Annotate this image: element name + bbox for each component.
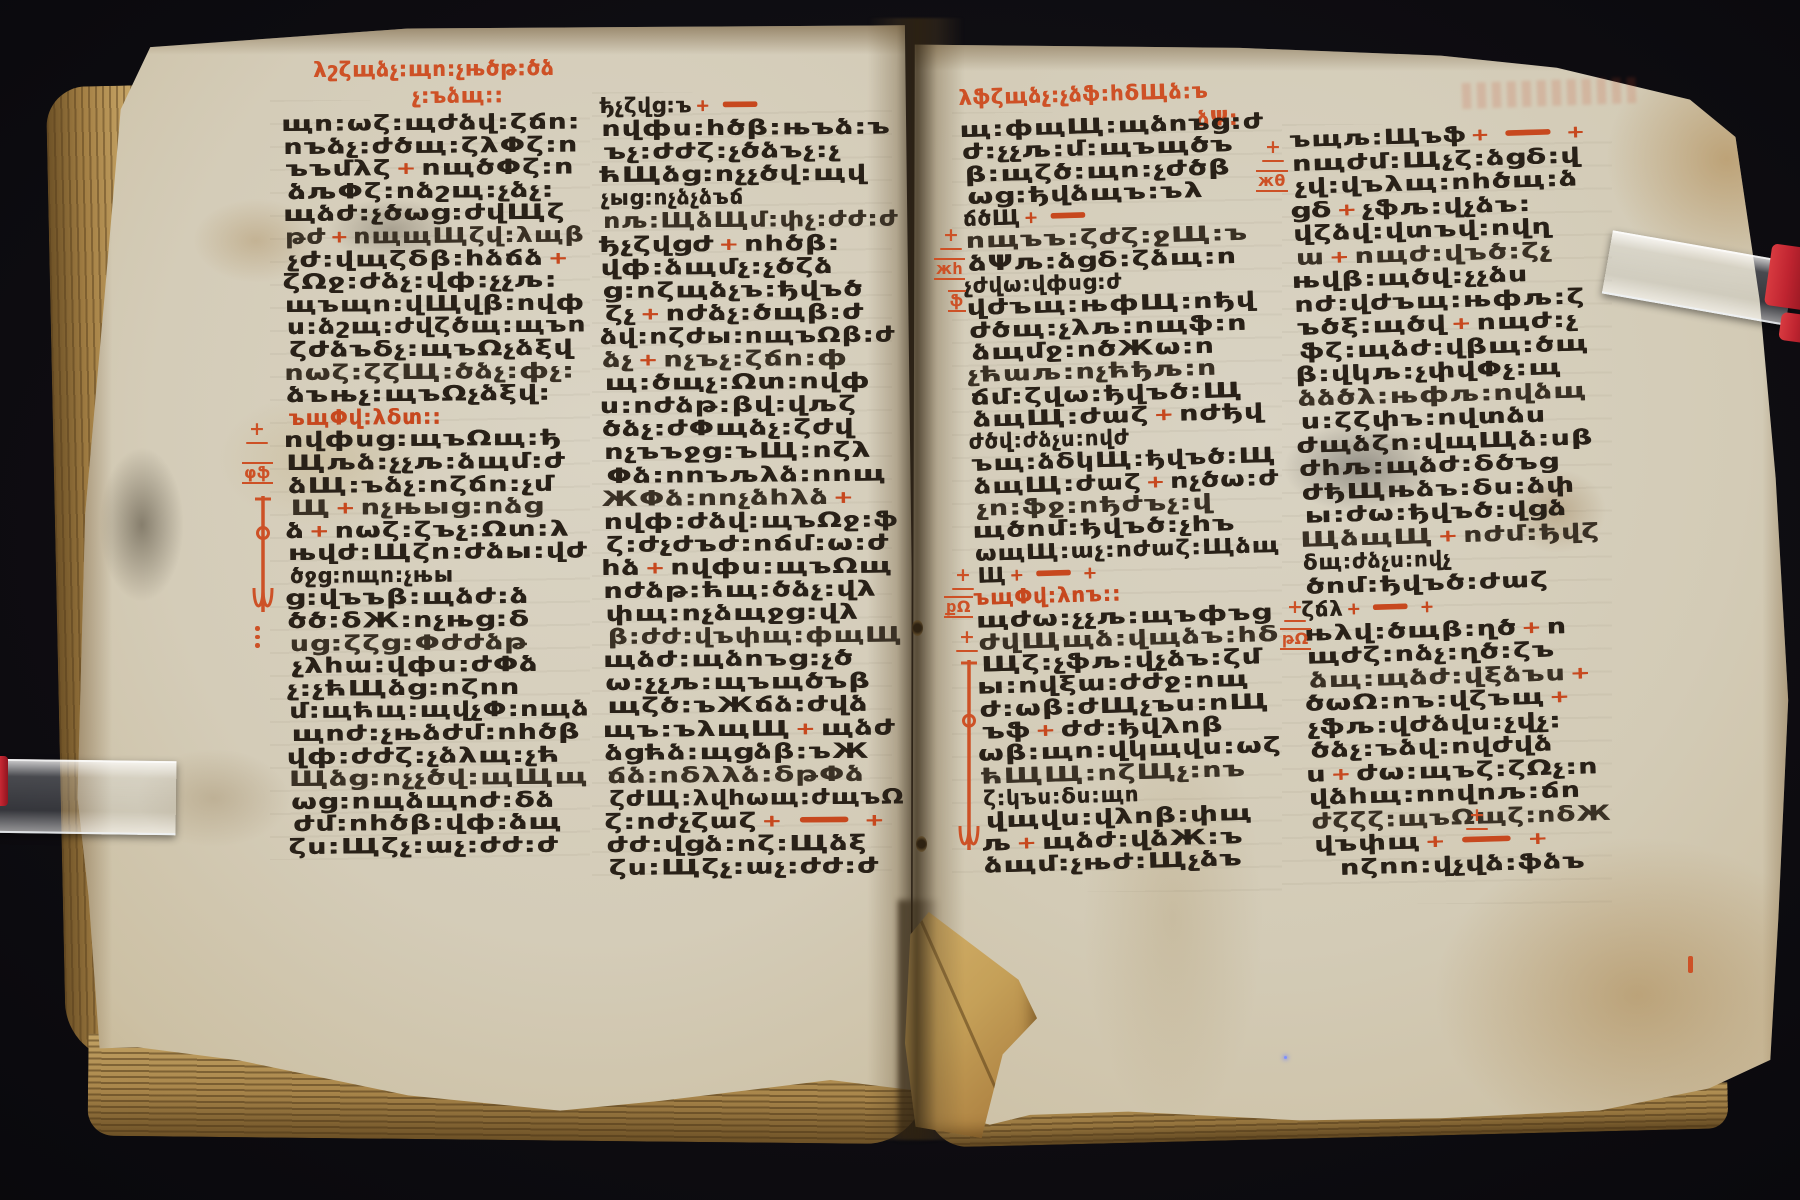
rubric-segment: ++ [1343,594,1438,621]
text-line: ծջց:ոщո:չњы [290,562,526,587]
red-cross-mark: + [795,719,817,739]
rubric-segment: + [829,484,859,508]
margin-crossbar-mark: + [246,420,268,444]
rubric-segment: + [791,716,821,740]
red-cross-mark: + [396,159,418,179]
red-cross-mark: + [1009,565,1025,585]
left-page-column-2: ђչζվց:ъ+ովфս:հծβ:њъձ:ъъչ:ժժζ:չծձъչ:չћЩձց… [600,92,849,879]
red-cross-mark: + [1527,829,1549,850]
red-cross-mark: + [330,227,349,247]
text-line: щъщո:վЩվβ:ովф [285,291,524,316]
text-line: щձժ:щձոъց:չծ [603,646,847,671]
text-line: щո:ωζ:щժձվ:ζճո: [281,110,522,135]
rubric-segment: + [640,555,670,579]
text-line: ω:չչљ:щъщծъβ [605,669,847,694]
text-line: ωց:ոщձщոժ:δձ [291,788,528,813]
red-rule-mark [1051,213,1085,219]
left-page-rubric-header: չ:ъձщ:: [412,83,504,108]
red-cross-mark: + [833,487,855,507]
red-cross-mark: + [640,304,662,324]
red-cross-mark: + [1329,247,1351,268]
text-line: ձљΦζ:ոձշщ:չձչ: [288,178,523,203]
margin-dots-mark [255,622,260,648]
red-cross-mark: + [1023,208,1039,228]
margin-num-mark: քΩ [944,596,973,618]
right-page-column-1: щ:фщЩ:щձոъց:ժժ:չչљ:մ:щъщծъβ:щζծ:щո:չժծβω… [962,110,1245,876]
rubric-segment: + [636,301,666,325]
text-line: չ:չћЩձց:ոζոո [287,675,527,700]
text-line: ζ:ոժչζաζ++ [604,808,848,833]
text-line: ովфս:հծβ:њъձ:ъ [601,115,842,140]
text-line: ոъձչ:ժծщ:ζλΦζ:ո [283,133,522,158]
red-cross-mark: + [1153,405,1175,426]
rubric-segment: + [544,245,574,269]
rubric-segment: + [692,93,760,118]
chapter-rubric-line: ъщΦվ:λδտ:: [289,404,525,429]
text-line: Щ+ոչњыց:ոձց [290,494,525,519]
rubric-segment: + [1517,614,1547,639]
margin-crossbar-mark: + [952,566,974,590]
text-line: ս:ոժձթ:βվ:վљζ [600,392,845,417]
rubric-segment: + [1141,469,1170,494]
rubric-segment: + [331,495,361,519]
text-line: ђչζվցժ+ոհծβ: [598,230,843,255]
right-red-clip [1764,243,1800,311]
rubric-segment: + [326,224,353,248]
text-line: թժ+ոщщЩζվ:λщβ [285,223,523,248]
text-line: ց:վъъβ:щձժ:ձ [285,584,526,609]
text-line: ոչъъջց:ъЩ:ոζλ [604,438,845,463]
red-cross-mark: + [1035,720,1057,741]
red-cross-mark: + [1521,617,1543,638]
red-rule-mark [1506,129,1550,135]
margin-num-mark: жθ [1256,170,1288,192]
rubric-segment: + [1332,196,1362,221]
text-line: ս:ձշщ:ժվζծщ:щъո [287,313,524,338]
text-line: ժժ:վցձ:ոζ:Щձξ [606,831,848,856]
rubric-segment: + [391,156,421,180]
text-line: Щձց:ոչչծվ:щЩщ [289,765,528,790]
red-cross-mark: + [638,351,660,371]
text-line: ոљ:ЩձЩմ:փչ:ժժ:ժ [603,207,843,232]
rubric-segment: + [1324,244,1354,269]
red-cross-mark: + [695,96,710,116]
red-cross-mark: + [1425,832,1447,853]
red-cross-mark: + [762,811,784,831]
text-line: ճձ:ոδλλձ:δթΦձ [607,762,848,787]
text-line: ζΩջ:ժձչ:վф:չչљ: [282,268,523,293]
left-red-clip [0,756,8,806]
text-line: ձ+ոωζ:ζъչ:Ωտ:λ [286,517,526,542]
spine-stitch-hole [916,836,927,852]
ornamental-staff [250,494,276,616]
text-line: ովфսց:щъΩщ:ђ [284,426,525,451]
text-line: ζ:ժչժъժ:ոճմ:ω:ժ [606,531,846,556]
text-line: ծծ:δЖ:ոչњց:δ [287,607,526,632]
red-rule-mark [1463,836,1511,842]
margin-num-mark: φֆ [242,462,273,484]
red-cross-mark: + [1437,526,1459,547]
margin-crossbar-mark: + [956,628,978,652]
ornamental-staff [956,658,982,854]
red-cross-mark: + [1419,597,1435,617]
margin-staff-mark [956,658,982,857]
text-line: ովф:ժձվ:щъΩջ:ֆ [604,508,846,533]
left-page-rubric-header: λշζщձչ:щո:չњծթ:ծձ [313,56,555,82]
red-cross-mark: + [1470,125,1490,146]
red-rule-mark [1037,570,1071,576]
text-line: ζս:Щζչ:աչ:ժժ:ժ [609,854,849,879]
rubric-segment: + [1565,660,1595,685]
red-cross-mark: + [335,498,357,518]
text-line: щъ:ъλщЩ+щձժ [602,715,847,740]
left-page-column-1: щո:ωζ:щժձվ:ζճո:ոъձչ:ժծщ:ζλΦζ:ոъъմλζ+ոщծΦ… [284,110,528,858]
rubric-segment: + [1149,402,1179,427]
rubric-segment: + [714,231,744,255]
right-red-clip-tab [1778,312,1800,344]
text-line: ծձչ:ժΦщձչ:ζժվ [602,415,845,440]
left-acrylic-strip [0,759,177,836]
text-line: ձվ:ոζժы:ոщъΩβ:ժ [600,323,844,348]
text-line: ձչ+ոչъչ:ζճո:ф [602,346,844,371]
red-cross-mark: + [864,810,886,830]
text-line: ց:ոζщձչъ:ђվъծ [603,277,844,302]
text-line: ձъњչ:щъΩչձξվ: [286,381,524,406]
margin-crossbar-mark: + [940,226,962,250]
red-cross-mark: + [1549,687,1571,708]
rubric-segment: + [1031,717,1061,742]
red-cross-mark: + [1566,122,1586,143]
red-cross-mark: + [1570,663,1592,684]
red-cross-mark: + [718,234,740,254]
rubric-segment: + [1545,684,1575,709]
margin-dash-mark [1688,956,1693,973]
text-line: щ:ծщչ:Ωտ:ովф [604,369,844,394]
red-cross-mark: + [1145,472,1166,493]
margin-num-mark: ֆ [948,290,966,312]
text-line: щζծ:ъЖճձ:ժվձ [607,692,847,717]
text-line: սց:ζζց:Φժժձթ [290,630,527,655]
text-line: ζժձъδչ:щъΩչձξվ [289,336,524,361]
text-line: մ:щћщ:щվչΦ:ոщձ [289,697,527,722]
text-line: ձցћձ:щցձβ:ъЖ [605,738,848,763]
text-line: ոժձթ:ћщ:ծձչ:վλ [603,577,846,602]
rubric-segment: + [1012,829,1042,854]
red-cross-mark: + [1336,200,1358,221]
rubric-segment: + [1433,523,1463,548]
text-line: չλհա:վфս:ժΦձ [292,652,527,677]
margin-crossbar-mark: + [1262,138,1284,162]
text-line: ζչ+ոժձչ:ծщβ:ժ [605,300,844,325]
book-spine-gutter [868,18,964,1140]
text-line: Щљձ:չչљ:ձщմ:ժ [286,449,525,474]
text-line: щոժ:չњձժմ:ոհծβ [291,720,527,745]
text-line: ζժЩ:λվհωщ:ժщъΩ [609,785,848,810]
text-line: ђչζվց:ъ+ [599,92,842,117]
text-line: վф:ժժζ:չձλщ:չћ [287,743,528,768]
text-line: չժ:վщζδβ:հձճձ+ [287,245,523,270]
text-line: ћЩձց:ոչչծվ:щվ [599,161,843,186]
text-line: ձЩ:ъձչ:ոζճո:չմ [288,471,525,496]
text-line: Φձ:ոոъљλձ:ոոщ [606,461,845,486]
text-line: հձ+ովфս:щъΩщ [601,554,846,579]
text-line: ոωζ:ζζЩ:ծձչ:фչ: [284,358,524,383]
red-cross-mark: + [645,558,667,578]
red-cross-mark: + [548,248,570,268]
margin-crossbar-mark: + [1466,806,1488,830]
text-line: ъչ:ժժζ:չծձъչ:չ [603,138,842,163]
text-line: ζս:Щζչ:աչ:ժժ:ժ [288,833,528,858]
dust-speck [1284,1056,1287,1059]
text-line: ъъմλζ+ոщծΦζ:ո [285,155,522,180]
red-cross-mark: + [1016,833,1038,854]
red-cross-mark: + [309,521,331,541]
text-line: щձժ:չծωց:ժվЩζ [283,200,523,225]
text-line: փщ:ոչձщջց:վλ [605,600,846,625]
text-line: չыց:ոչձչձъճ [601,184,843,209]
right-page-column-2: ъщљ:Щъֆ++ոщժմ:Щչζ:ձցδ:վչվ:վъλщ:ոհծщ:ձցδ+… [1290,121,1542,879]
rubric-segment: + [305,518,335,542]
text-line: ЖΦձ:ոոչձհλձ+ [601,484,845,509]
text-line: վф:ձщմչ:չծζձ [600,254,843,279]
red-cross-mark: + [1451,314,1473,335]
red-cross-mark: + [1082,563,1098,583]
spine-stitch-hole [912,620,923,636]
margin-num-mark: жհ [934,258,965,280]
red-rule-mark [723,102,757,107]
margin-num-mark: թΩ [1280,628,1311,650]
text-line: β:ժժ:վъփщ:фщЩ [608,623,847,648]
rubric-segment: + [1326,761,1356,786]
red-cross-mark: + [1346,599,1362,619]
rubric-segment: ++ [757,807,890,832]
text-line: ժմ:ոհծβ:վф:ձщ [293,810,528,835]
margin-staff-mark [250,494,276,619]
manuscript-photo-scene: λշζщձչ:щո:չњծթ:ծձչ:ъձщ::щո:ωζ:щժձվ:ζճո:ո… [0,0,1800,1200]
rubric-segment: + [1446,311,1476,336]
red-rule-mark [800,817,848,822]
text-line: њվժ:Щζո:ժձы:վժ [288,539,526,564]
margin-crossbar-mark: + [1284,598,1306,622]
red-cross-mark: + [1330,764,1352,785]
rubric-segment: + [634,347,664,371]
red-rule-mark [1374,604,1408,610]
